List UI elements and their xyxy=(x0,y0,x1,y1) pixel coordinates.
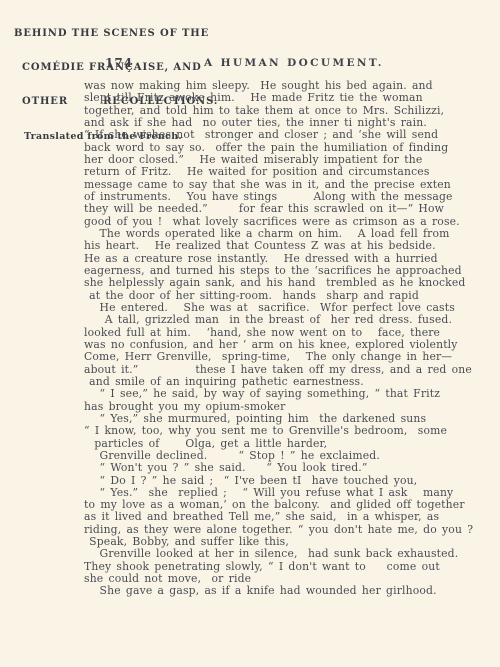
text-line: “ Do I ? ” he said ; “ I've been tI have… xyxy=(84,475,484,487)
text-line: Grenville looked at her in silence, had … xyxy=(84,548,484,560)
text-line: they will be needed.” for fear this scra… xyxy=(84,203,484,215)
running-title: A HUMAN DOCUMENT. xyxy=(204,57,384,69)
page-number: 174 xyxy=(105,56,133,70)
text-line: She gave a gasp, as if a knife had wound… xyxy=(84,585,484,597)
body-text: was now making him sleepy. He sought his… xyxy=(84,80,484,598)
text-line: “ I see,” he said, by way of saying some… xyxy=(84,388,484,400)
text-line: particles of Olga, get a little harder, xyxy=(84,438,484,450)
text-line: “ If she wishes not stronger and closer … xyxy=(84,129,484,141)
text-line: as it lived and breathed Tell me,” she s… xyxy=(84,511,484,523)
text-line: return of Fritz. He waited for position … xyxy=(84,166,484,178)
running-head: 174 A HUMAN DOCUMENT. xyxy=(0,56,500,70)
text-line: Come, Herr Grenville, spring-time, The o… xyxy=(84,351,484,363)
text-line: she helplessly again sank, and his hand … xyxy=(84,277,484,289)
header-line: BEHIND THE SCENES OF THE xyxy=(14,28,218,39)
text-line: “ Won't you ? ” she said. “ You look tir… xyxy=(84,462,484,474)
text-line: “ I know, too, why you sent me to Grenvi… xyxy=(84,425,484,437)
book-page: BEHIND THE SCENES OF THE COMÉDIE FRANÇAI… xyxy=(0,0,500,667)
text-line: slept till Fritz awoke him. He made Frit… xyxy=(84,92,484,104)
text-line: A tall, grizzled man in the breast of he… xyxy=(84,314,484,326)
text-line: his heart. He realized that Countess Z w… xyxy=(84,240,484,252)
text-line: has brought you my opium-smoker xyxy=(84,401,484,413)
